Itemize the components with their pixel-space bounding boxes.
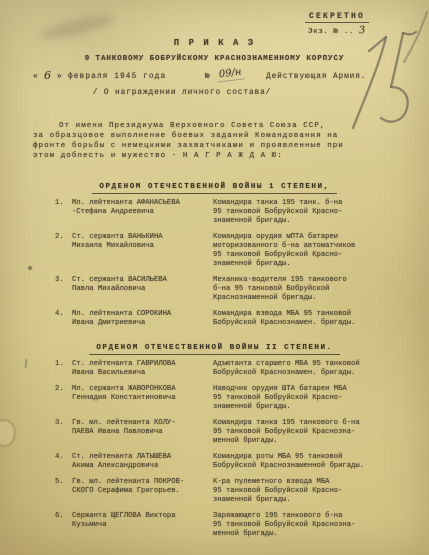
section-heading-text: ОРДЕНОМ ОТЕЧЕСТВЕННОЙ ВОЙНЫ 1 СТЕПЕНИ, [92,183,336,194]
entry-position: Командира взвода МБА 95 танковой Бобруйс… [213,310,423,328]
award-entry: 1. Мл. лейтенанта АФАНАСЬЕВА -Стефана Ан… [0,199,429,226]
date-line: « 6 » февраля 1945 года № 09/н Действующ… [0,73,429,87]
entry-number: 3. [55,276,72,285]
entry-position: Заряжающего 195 танкового б-на 95 танков… [213,512,423,539]
section-heading-text: ОРДЕНОМ ОТЕЧЕСТВЕННОЙ ВОЙНЫ II СТЕПЕНИ. [89,344,339,355]
date-text: февраля 1945 года [68,73,166,81]
entry-number: 1. [55,199,72,208]
entry-number: 4. [55,310,72,319]
handwritten-order-number: 09/н [216,66,244,82]
entry-number: 2. [55,233,72,242]
entry-recipient: Ст. сержанта ВАНЬКИНА Михаила Михайлович… [72,233,213,251]
order-title: П Р И К А З [0,38,429,48]
title-block: П Р И К А З 9 ТАНКОВОМУ БОБРУЙСКОМУ КРАС… [0,38,429,63]
entry-position: Командира танка 195 танк. б-на 95 танков… [213,199,423,226]
date-quote-close: » [57,73,62,81]
award-entry: 4. Ст. лейтенанта ЛАТЫШЕВА Акима Алексан… [0,453,429,471]
order-number-label: № [205,73,210,81]
award-entry: 1. Ст. лейтенанта ГАВРИЛОВА Ивана Василь… [0,360,429,378]
entry-recipient: Мл. сержанта ЖАВОРОНКОВА Геннадия Конста… [72,385,213,403]
entry-number: 3. [55,419,72,428]
entry-number: 6. [55,512,72,521]
entry-position: Адъютанта старшего МБА 95 танковой Бобру… [213,360,423,378]
entry-number: 4. [55,453,72,462]
scanned-order-document: СЕКРЕТНО Экз. № .. 3 П Р И К А З 9 ТАНКО… [0,0,429,555]
handwritten-date-day: 6 [44,69,51,82]
award-entry: 2. Ст. сержанта ВАНЬКИНА Михаила Михайло… [0,233,429,269]
classification-block: СЕКРЕТНО Экз. № .. 3 [299,5,375,36]
award-list-1st-class: 1. Мл. лейтенанта АФАНАСЬЕВА -Стефана Ан… [0,199,429,335]
entry-recipient: Мл. лейтенанта АФАНАСЬЕВА -Стефана Андре… [72,199,213,217]
army-note: Действующая Армия. [266,73,366,81]
handwritten-copy-number: 3 [358,25,366,37]
award-entry: 3. Ст. сержанта ВАСИЛЬЕВА Павла Михайлов… [0,276,429,303]
entry-recipient: Гв. мл. лейтенанта КОЛУ- ПАЕВА Ивана Пав… [72,419,213,437]
entry-position: Наводчик орудия ШТА батареи МБА 95 танко… [213,385,423,412]
award-list-2nd-class: 1. Ст. лейтенанта ГАВРИЛОВА Ивана Василь… [0,360,429,546]
entry-position: К-ра пулеметного взвода МБА 95 танковой … [213,478,423,505]
entry-number: 2. [55,385,72,394]
award-entry: 3. Гв. мл. лейтенанта КОЛУ- ПАЕВА Ивана … [0,419,429,446]
entry-recipient: Ст. лейтенанта ГАВРИЛОВА Ивана Васильеви… [72,360,213,378]
entry-recipient: Ст. сержанта ВАСИЛЬЕВА Павла Михайловича [72,276,213,294]
classification-stamp: СЕКРЕТНО [305,12,369,23]
copy-label: Экз. № [308,28,339,36]
entry-recipient: Мл. лейтенанта СОРОКИНА Ивана Дмитриевич… [72,310,213,328]
award-entry: 6. Сержанта ЩЕГЛОВА Виктора Кузьмича Зар… [0,512,429,539]
entry-recipient: Ст. лейтенанта ЛАТЫШЕВА Акима Александро… [72,453,213,471]
order-recipient: 9 ТАНКОВОМУ БОБРУЙСКОМУ КРАСНОЗНАМЕННОМУ… [0,55,429,63]
entry-number: 1. [55,360,72,369]
date-quote-open: « [33,73,38,81]
entry-recipient: Гв. мл. лейтенанта ПОКРОВ- СКОГО Серафим… [72,478,213,496]
entry-position: Механика-водителя 195 танкового б-на 95 … [213,276,423,303]
entry-position: Командира танка 195 танкового б-на 95 та… [213,419,423,446]
award-entry: 2. Мл. сержанта ЖАВОРОНКОВА Геннадия Кон… [0,385,429,412]
entry-number: 5. [55,478,72,487]
section-heading-order-1st-class: ОРДЕНОМ ОТЕЧЕСТВЕННОЙ ВОЙНЫ 1 СТЕПЕНИ, [0,175,429,194]
preamble-paragraph: От имени Президиума Верховного Совета Со… [33,121,397,161]
entry-position: Командира орудия мПТА батареи моторизова… [213,233,423,269]
copy-number-line: Экз. № .. 3 [299,25,375,36]
entry-recipient: Сержанта ЩЕГЛОВА Виктора Кузьмича [72,512,213,530]
copy-dots: .. [344,28,354,36]
award-entry: 5. Гв. мл. лейтенанта ПОКРОВ- СКОГО Сера… [0,478,429,505]
entry-position: Командира роты МБА 95 танковой Бобруйско… [213,453,423,471]
order-subject: / О награждении личного состава/ [0,89,364,97]
award-entry: 4. Мл. лейтенанта СОРОКИНА Ивана Дмитрие… [0,310,429,328]
section-heading-order-2nd-class: ОРДЕНОМ ОТЕЧЕСТВЕННОЙ ВОЙНЫ II СТЕПЕНИ. [0,336,429,355]
